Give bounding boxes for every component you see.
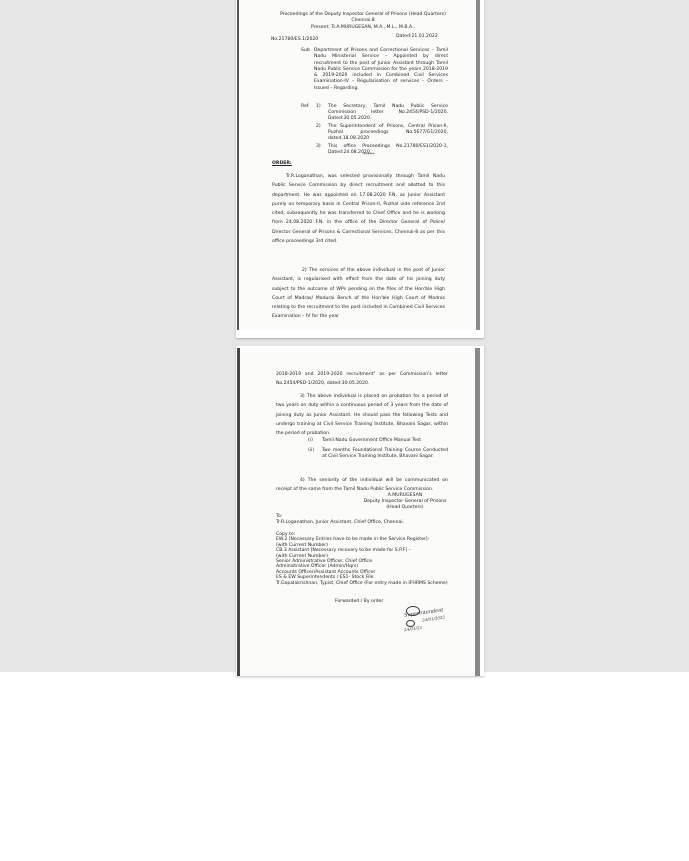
ref-num: 1) [316, 104, 321, 111]
ref-num: 2) [316, 124, 321, 131]
order-paragraph-2: 2) The services of the above individual … [272, 266, 445, 322]
copy-to-item: Tr.Gopalakrishnan, Typist, Chief Office … [276, 581, 448, 586]
ref-num: 3) [316, 144, 321, 151]
order-paragraph-4: 4) The seniority of the individual will … [276, 476, 448, 495]
document-page-1: Proceedings of the Deputy Inspector Gene… [236, 0, 484, 338]
reference-item: The Superintendent of Prisons, Central P… [328, 124, 448, 142]
present-officer: Present: Tr.A.MURUGESAN, M.A., M.L., M.B… [249, 25, 477, 32]
test-num: (ii) [308, 448, 314, 455]
reference-item: The Secretary, Tamil Nadu Public Service… [328, 104, 448, 122]
paragraph-continuation: 2018-2019 and 2019-2020 recruitment" as … [276, 370, 448, 389]
ref-label: Ref. [301, 104, 310, 111]
stars-separator: ***** [363, 153, 374, 160]
test-item: Tamil Nadu Government Office Manual Test [322, 438, 421, 445]
reference-number: No.21780/ES.1/2020 [271, 37, 318, 44]
test-item: Two months Foundational Training Course … [322, 448, 448, 461]
scanned-page-image: 2018-2019 and 2019-2020 recruitment" as … [237, 348, 480, 676]
subject-label: Sub [301, 48, 310, 55]
test-num: (i) [308, 438, 313, 445]
initial-date: 24/01/22 [404, 625, 422, 632]
reference-item: This office Proceedings No.21780/ES1/202… [328, 144, 448, 156]
order-heading: ORDER: [272, 161, 292, 168]
to-recipient: Tr.R.Loganathan, Junior Assistant, Chief… [276, 520, 404, 527]
header-city: Chennai.8 [249, 18, 477, 25]
signatory-office: (Head Quarters) [350, 505, 460, 511]
document-page-2: 2018-2019 and 2019-2020 recruitment" as … [236, 346, 484, 676]
order-paragraph-1: Tr.R.Loganathan, was selected provisiona… [272, 172, 445, 246]
scanned-page-image: Proceedings of the Deputy Inspector Gene… [237, 0, 480, 330]
forwarded-by-order: Forwarded / By order [335, 599, 383, 606]
subject-text: Department of Prisons and Correctional S… [314, 48, 448, 92]
document-viewer: Proceedings of the Deputy Inspector Gene… [0, 0, 689, 672]
date-line: Dated:21.01.2022 [396, 34, 438, 41]
order-paragraph-3: 3) The above individual is placed on pro… [276, 392, 448, 438]
